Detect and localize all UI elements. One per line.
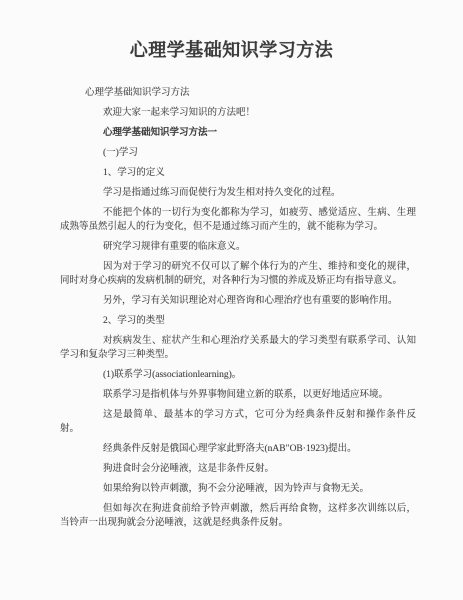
paragraph: 联系学习是指机体与外界事物间建立新的联系，以更好地适应环境。 [60, 388, 416, 402]
paragraph: 心理学基础知识学习方法一 [60, 126, 416, 140]
document-body: 心理学基础知识学习方法欢迎大家一起来学习知识的方法吧！心理学基础知识学习方法一(… [60, 86, 416, 530]
paragraph: 2、学习的类型 [60, 314, 416, 328]
paragraph: 另外，学习有关知识理论对心理咨询和心理治疗也有重要的影响作用。 [60, 294, 416, 308]
paragraph: 心理学基础知识学习方法 [60, 86, 416, 100]
paragraph: 不能把个体的一切行为变化都称为学习，如疲劳、感觉适应、生病、生理成熟等虽然引起人… [60, 206, 416, 234]
paragraph: 对疾病发生、症状产生和心理治疗关系最大的学习类型有联系学司、认知学习和复杂学习三… [60, 334, 416, 362]
paragraph: 学习是指通过练习而促使行为发生相对持久变化的过程。 [60, 186, 416, 200]
document-title: 心理学基础知识学习方法 [0, 0, 463, 62]
paragraph: 研究学习规律有重要的临床意义。 [60, 240, 416, 254]
paragraph: 狗进食时会分泌唾液，这是非条件反射。 [60, 462, 416, 476]
paragraph: 因为对于学习的研究不仅可以了解个体行为的产生、维持和变化的规律，同时对身心疾病的… [60, 260, 416, 288]
paragraph: 欢迎大家一起来学习知识的方法吧！ [60, 106, 416, 120]
paragraph: 1、学习的定义 [60, 166, 416, 180]
paragraph: 但如每次在狗进食前给予铃声刺激，然后再给食物，这样多次训练以后，当铃声一出现狗就… [60, 502, 416, 530]
paragraph: (1)联系学习(associationlearning)。 [60, 368, 416, 382]
paragraph: 如果给狗以铃声刺激，狗不会分泌唾液，因为铃声与食物无关。 [60, 482, 416, 496]
document-page: 心理学基础知识学习方法 心理学基础知识学习方法欢迎大家一起来学习知识的方法吧！心… [0, 0, 463, 600]
paragraph: 经典条件反射是俄国心理学家此野洛夫(nAB″OB·1923)提出。 [60, 442, 416, 456]
paragraph: 这是最简单、最基本的学习方式，它可分为经典条件反射和操作条件反射。 [60, 408, 416, 436]
paragraph: (一)学习 [60, 146, 416, 160]
